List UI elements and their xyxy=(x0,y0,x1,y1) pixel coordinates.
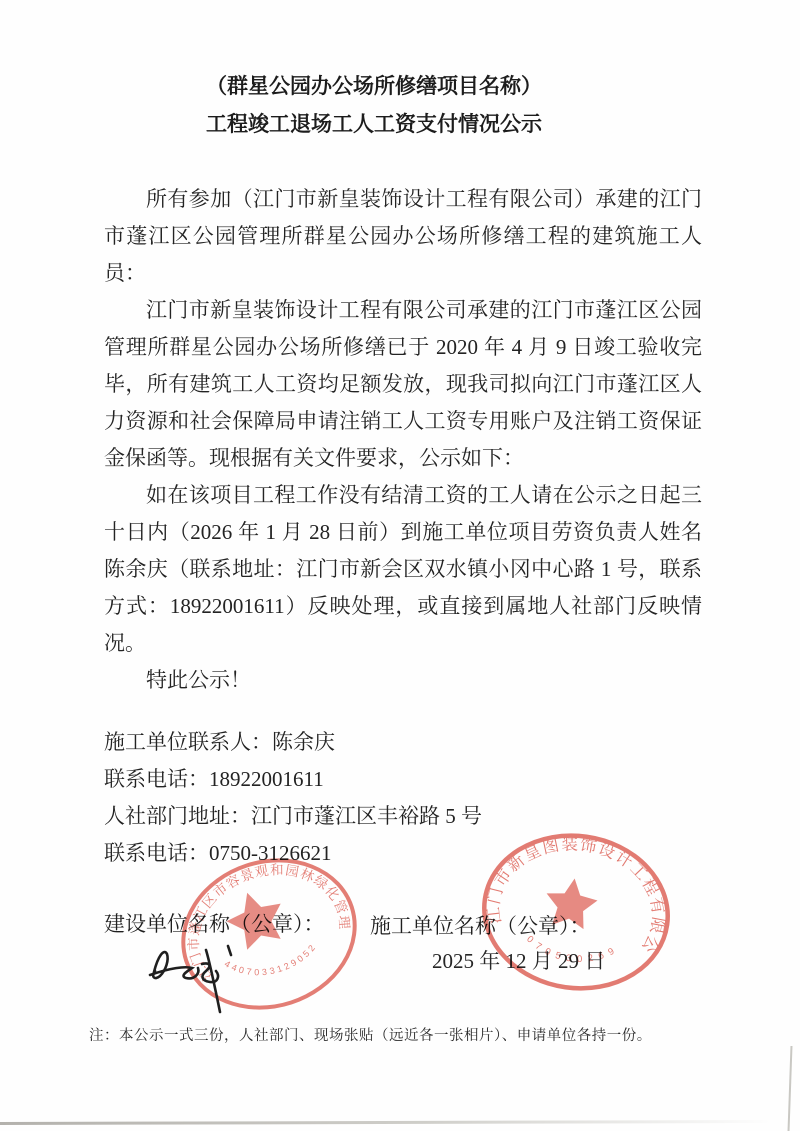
contact-phone-line: 联系电话：18922001611 xyxy=(104,761,702,798)
document-page: （群星公园办公场所修缮项目名称） 工程竣工退场工人工资支付情况公示 所有参加（江… xyxy=(0,0,800,1131)
paragraph-claims: 如在该项目工程工作没有结清工资的工人请在公示之日起三十日内（2026 年 1 月… xyxy=(104,477,702,662)
paragraph-addressee: 所有参加（江门市新皇装饰设计工程有限公司）承建的江门市蓬江区公园管理所群星公园办… xyxy=(104,181,702,292)
contractor-unit-seal: 江门市新皇图装饰设计工程有限公司 0705302699 xyxy=(476,828,676,996)
footnote: 注：本公示一式三份，人社部门、现场张贴（远近各一张相片）、申请单位各持一份。 xyxy=(89,1026,729,1047)
star-icon xyxy=(542,875,600,931)
handwritten-signature xyxy=(140,938,240,1023)
scan-edge-right xyxy=(788,1046,793,1131)
paragraph-completion: 江门市新皇装饰设计工程有限公司承建的江门市蓬江区公园管理所群星公园办公场所修缮已… xyxy=(104,292,702,477)
paragraph-hereby: 特此公示！ xyxy=(104,662,702,699)
document-body: 所有参加（江门市新皇装饰设计工程有限公司）承建的江门市蓬江区公园管理所群星公园办… xyxy=(104,181,702,699)
doc-title-line1: （群星公园办公场所修缮项目名称） xyxy=(104,74,644,100)
scan-edge-bottom xyxy=(0,1120,772,1125)
doc-title-line2: 工程竣工退场工人工资支付情况公示 xyxy=(104,112,644,138)
contact-person-line: 施工单位联系人：陈余庆 xyxy=(104,724,702,761)
